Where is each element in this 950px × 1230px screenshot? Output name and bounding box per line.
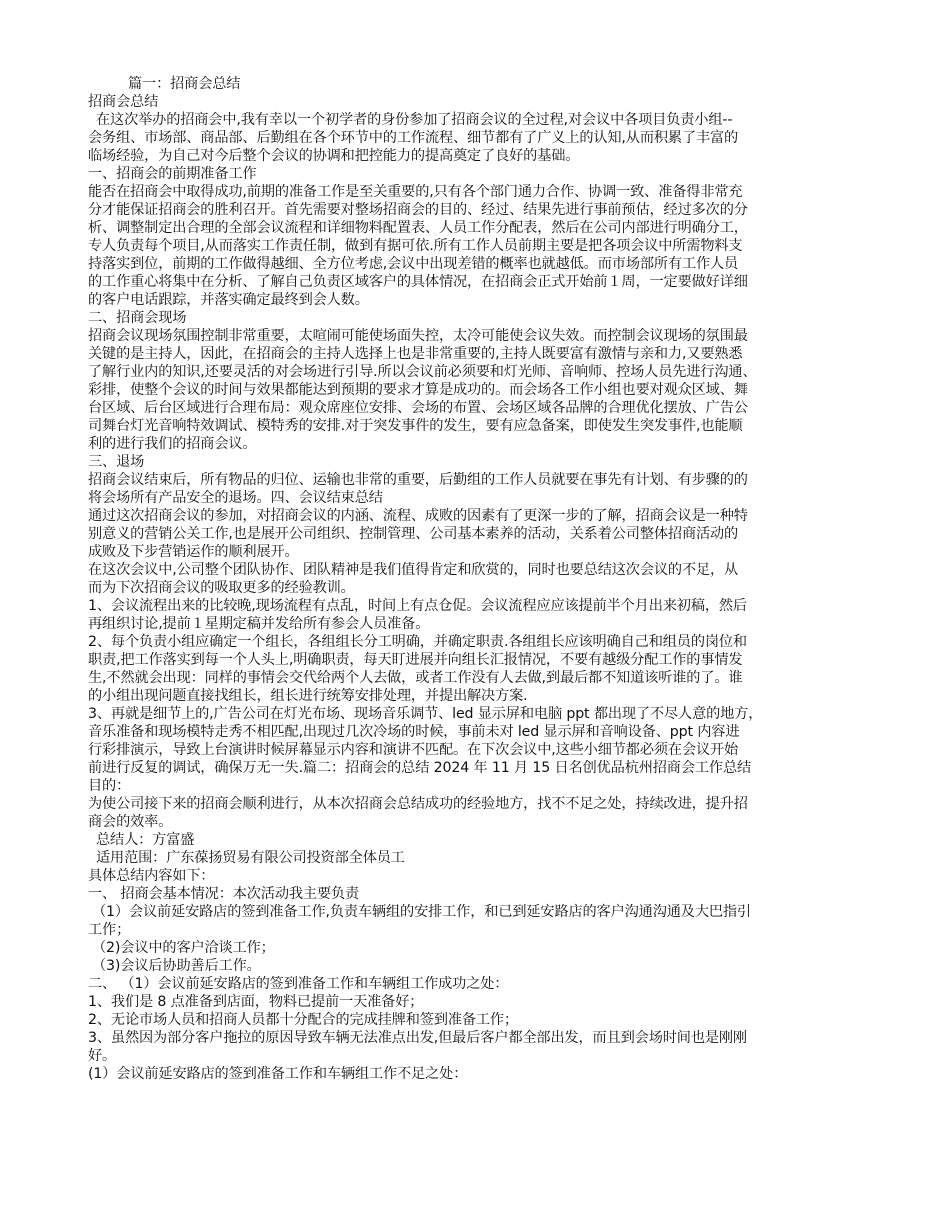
text-line: 商会的效率。 xyxy=(88,814,172,831)
text-line: 再组织讨论,提前１星期定稿并发给所有参会人员准备。 xyxy=(88,616,429,633)
text-line: （3)会议后协助善后工作。 xyxy=(92,958,261,975)
text-line: 持落实到位，前期的工作做得越细、全方位考虑,会议中出现差错的概率也就越低。而市场… xyxy=(88,256,738,273)
text-line: 目的： xyxy=(88,778,130,795)
text-line: 职责,把工作落实到每一个人头上,明确职责，每天盯进展并向组长汇报情况，不要有越级… xyxy=(88,652,742,669)
text-line: 招商会议结束后，所有物品的归位、运输也非常的重要，后勤组的工作人员就要在事先有计… xyxy=(88,472,748,489)
document-page: 篇一：招商会总结招商会总结在这次举办的招商会中,我有幸以一个初学者的身份参加了招… xyxy=(0,0,950,1230)
text-line: 为使公司接下来的招商会顺利进行，从本次招商会总结成功的经验地方，找不不足之处，持… xyxy=(88,796,748,813)
text-line: 通过这次招商会议的参加，对招商会议的内涵、流程、成败的因素有了更深一步的了解，招… xyxy=(88,508,748,525)
text-line: 专人负责每个项目,从而落实工作责任制，做到有据可依.所有工作人员前期主要是把各项… xyxy=(88,238,742,255)
text-line: 2、无论市场人员和招商人员都十分配合的完成挂牌和签到准备工作； xyxy=(88,1012,518,1029)
text-line: (1）会议前延安路店的签到准备工作和车辆组工作不足之处： xyxy=(88,1066,467,1083)
text-line: （1）会议前延安路店的签到准备工作,负责车辆组的安排工作，和已到延安路店的客户沟… xyxy=(92,904,751,921)
text-line: 总结人：方富盛 xyxy=(96,832,194,849)
text-line: 前进行反复的调试，确保万无一失.篇二：招商会的总结 2024 年 11 月 15… xyxy=(88,760,751,777)
text-line: 招商会总结 xyxy=(88,94,158,111)
text-line: 台区域、后台区域进行合理布局：观众席座位安排、会场的布置、会场区域各品牌的合理优… xyxy=(88,400,748,417)
text-line: 在这次会议中,公司整个团队协作、团队精神是我们值得肯定和欣赏的，同时也要总结这次… xyxy=(88,562,738,579)
text-line: 二、 （1）会议前延安路店的签到准备工作和车辆组工作成功之处： xyxy=(88,976,508,993)
text-line: 3、再就是细节上的,广告公司在灯光布场、现场音乐调节、led 显示屏和电脑 pp… xyxy=(88,706,762,723)
text-line: 1、会议流程出来的比较晚,现场流程有点乱，时间上有点仓促。会议流程应应该提前半个… xyxy=(88,598,747,615)
text-line: 具体总结内容如下： xyxy=(88,868,214,885)
text-line: 音乐准备和现场模特走秀不相匹配,出现过几次冷场的时候，事前未对 led 显示屏和… xyxy=(88,724,739,741)
text-line: 一、 招商会基本情况：本次活动我主要负责 xyxy=(88,886,359,903)
text-line: 分才能保证招商会的胜利召开。首先需要对整场招商会的目的、经过、结果先进行事前预估… xyxy=(88,202,748,219)
text-line: 在这次举办的招商会中,我有幸以一个初学者的身份参加了招商会议的全过程,对会议中各… xyxy=(96,112,732,129)
text-line: 1、我们是 8 点准备到店面，物料已提前一天准备好； xyxy=(88,994,423,1011)
text-line: 临场经验，为自己对今后整个会议的协调和把控能力的提高奠定了良好的基础。 xyxy=(88,148,579,165)
text-line: 而为下次招商会议的吸取更多的经验教训。 xyxy=(88,580,355,597)
text-line: 适用范围：广东葆扬贸易有限公司投资部全体员工 xyxy=(96,850,405,867)
text-line: 一、招商会的前期准备工作 xyxy=(88,166,256,183)
text-line: 生,不然就会出现：同样的事情会交代给两个人去做，或者工作没有人去做,到最后都不知… xyxy=(88,670,742,687)
text-line: 3、虽然因为部分客户拖拉的原因导致车辆无法准点出发,但最后客户都全部出发，而且到… xyxy=(88,1030,747,1047)
text-line: 招商会议现场氛围控制非常重要，太喧闹可能使场面失控，太冷可能使会议失效。而控制会… xyxy=(88,328,748,345)
text-line: （2)会议中的客户洽谈工作； xyxy=(92,940,275,957)
text-line: 彩排，使整个会议的时间与效果都能达到预期的要求才算是成功的。而会场各工作小组也要… xyxy=(88,382,748,399)
text-line: 关键的是主持人，因此，在招商会的主持人选择上也是非常重要的,主持人既要富有激情与… xyxy=(88,346,742,363)
text-line: 工作； xyxy=(88,922,130,939)
text-line: 将会场所有产品安全的退场。四、会议结束总结 xyxy=(88,490,383,507)
text-line: 的小组出现问题直接找组长，组长进行统筹安排处理，并提出解决方案. xyxy=(88,688,528,705)
text-line: 三、退场 xyxy=(88,454,144,471)
text-line: 别意义的营销公关工作,也是展开公司组织、控制管理、公司基本素养的活动，关系着公司… xyxy=(88,526,738,543)
text-line: 析、调整制定出合理的全部会议流程和详细物料配置表、人员工作分配表，然后在公司内部… xyxy=(88,220,748,237)
text-line: 会务组、市场部、商品部、后勤组在各个环节中的工作流程、细节都有了广义上的认知,从… xyxy=(88,130,738,147)
text-line: 利的进行我们的招商会议。 xyxy=(88,436,256,453)
text-line: 好。 xyxy=(88,1048,116,1065)
text-line: 2、每个负责小组应确定一个组长，各组组长分工明确，并确定职责.各组组长应该明确自… xyxy=(88,634,747,651)
text-line: 二、招商会现场 xyxy=(88,310,186,327)
text-line: 能否在招商会中取得成功,前期的准备工作是至关重要的,只有各个部门通力合作、协调一… xyxy=(88,184,742,201)
text-line: 了解行业内的知识,还要灵活的对会场进行引导.所以会议前必须要和灯光师、音响师、控… xyxy=(88,364,757,381)
text-line: 司舞台灯光音响特效调试、模特秀的安排.对于突发事件的发生，要有应急备案，即使发生… xyxy=(88,418,742,435)
text-line: 行彩排演示，导致上台演讲时候屏幕显示内容和演讲不匹配。在下次会议中,这些小细节都… xyxy=(88,742,738,759)
text-line: 的客户电话跟踪，并落实确定最终到会人数。 xyxy=(88,292,369,309)
text-line: 成败及下步营销运作的顺利展开。 xyxy=(88,544,299,561)
document-title: 篇一：招商会总结 xyxy=(128,76,240,93)
text-line: 的工作重心将集中在分析、了解自己负责区域客户的具体情况，在招商会正式开始前１周，… xyxy=(88,274,748,291)
